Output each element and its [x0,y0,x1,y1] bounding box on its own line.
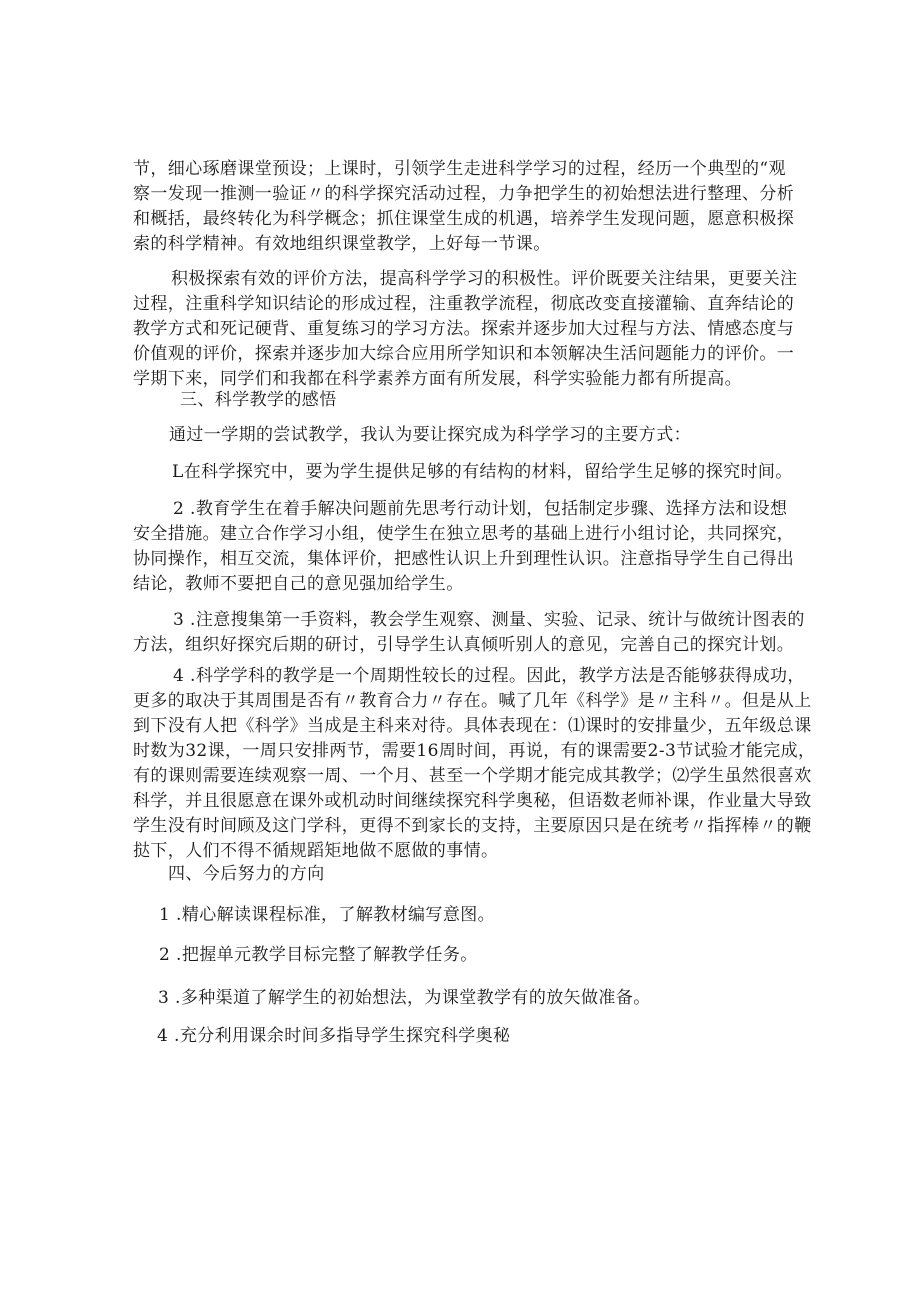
text-line: 方法，组织好探究后期的研讨，引导学生认真倾听别人的意见，完善自己的探究计划。 [133,633,778,657]
text-line: 科学，并且很愿意在课外或机动时间继续探究科学奥秘，但语数老师补课，作业量大导致 [133,789,778,813]
list-item: 4 .充分利用课余时间多指导学生探究科学奥秘 [157,1024,557,1048]
text-line: 察一发现一推测一验证〃的科学探究活动过程，力争把学生的初始想法进行整理、分析 [133,182,778,206]
text-line: 安全措施。建立合作学习小组，使学生在独立思考的基础上进行小组讨论，共同探究， [133,522,778,546]
text-line: 积极探索有效的评价方法，提高科学学习的积极性。评价既要关注结果，更要关注 [171,267,778,291]
list-item: 3 .多种渠道了解学生的初始想法，为课堂教学有的放矢做准备。 [158,986,678,1010]
text-line: 更多的取决于其周围是否有〃教育合力〃存在。喊了几年《科学》是〃主科〃。但是从上 [133,689,778,713]
text-line: 价值观的评价，探索并逐步加大综合应用所学知识和本领解决生活问题能力的评价。一 [133,342,778,366]
text-line: 教学方式和死记硬背、重复练习的学习方法。探索并逐步加大过程与方法、情感态度与 [133,317,778,341]
text-line: 3 .注意搜集第一手资料，教会学生观察、测量、实验、记录、统计与做统计图表的 [173,608,778,632]
list-item-1: L在科学探究中，要为学生提供足够的有结构的材料，留给学生足够的探究时间。 [172,460,782,484]
text-line: 时数为32课，一周只安排两节，需要16周时间，再说，有的课需要2-3节试验才能完… [133,739,778,763]
list-item: 2 .把握单元教学目标完整了解教学任务。 [159,943,559,967]
text-line: 过程，注重科学知识结论的形成过程，注重教学流程，彻底改变直接灌输、直奔结论的 [133,292,778,316]
section-intro: 通过一学期的尝试教学，我认为要让探究成为科学学习的主要方式： [169,423,729,447]
section-heading-future-directions: 四、今后努力的方向 [168,862,468,886]
section-heading-teaching-reflections: 三、科学教学的感悟 [180,388,480,412]
text-line: 结论，教师不要把自己的意见强加给学生。 [133,572,778,596]
text-line: 协同操作，相互交流，集体评价，把感性认识上升到理性认识。注意指导学生自己得出 [133,547,778,571]
document-page: 节，细心琢磨课堂预设；上课时，引领学生走进科学学习的过程，经历一个典型的“观 察… [0,0,920,1301]
list-item: 1 .精心解读课程标准，了解教材编写意图。 [159,903,559,927]
text-line: 有的课则需要连续观察一周、一个月、甚至一个学期才能完成其教学；⑵学生虽然很喜欢 [133,764,778,788]
text-line: 节，细心琢磨课堂预设；上课时，引领学生走进科学学习的过程，经历一个典型的“观 [133,157,778,181]
text-line: 挞下，人们不得不循规蹈矩地做不愿做的事情。 [133,839,778,863]
text-line: 4 .科学学科的教学是一个周期性较长的过程。因此，教学方法是否能够获得成功， [173,664,778,688]
text-line: 学生没有时间顾及这门学科，更得不到家长的支持，主要原因只是在统考〃指挥棒〃的鞭 [133,814,778,838]
text-line: 到下没有人把《科学》当成是主科来对待。具体表现在：⑴课时的安排量少，五年级总课 [133,714,778,738]
text-line: 和概括，最终转化为科学概念；抓住课堂生成的机遇，培养学生发现问题，愿意积极探 [133,207,778,231]
text-line: 索的科学精神。有效地组织课堂教学，上好每一节课。 [133,232,778,256]
text-line: 2 .教育学生在着手解决问题前先思考行动计划，包括制定步骤、选择方法和设想 [173,497,778,521]
